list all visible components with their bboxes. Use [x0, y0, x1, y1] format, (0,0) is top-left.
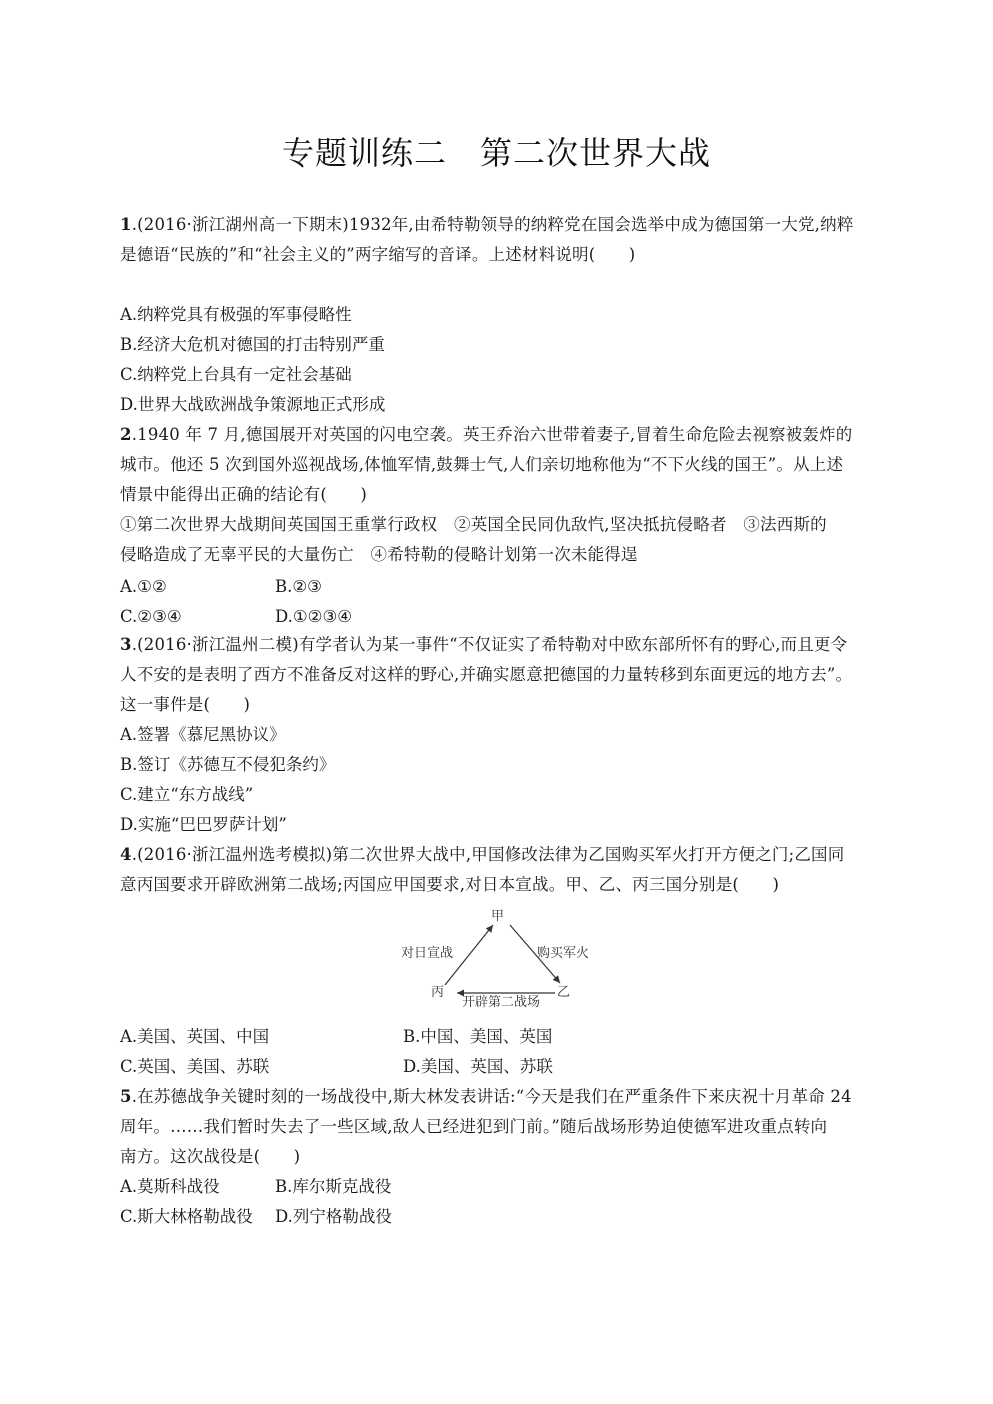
question-stem-line: 3.(2016·浙江温州二模)有学者认为某一事件“不仅证实了希特勒对中欧东部所怀… [120, 635, 880, 655]
option-c[interactable]: C.建立“东方战线” [120, 785, 253, 805]
question-stem-line: 城市。他还 5 次到国外巡视战场,体恤军情,鼓舞士气,人们亲切地称他为“不下火线… [120, 455, 880, 475]
option-a[interactable]: A.纳粹党具有极强的军事侵略性 [120, 305, 352, 325]
statement-line: ①第二次世界大战期间英国国王重掌行政权 ②英国全民同仇敌忾,坚决抵抗侵略者 ③法… [120, 515, 880, 535]
option-d[interactable]: D.美国、英国、苏联 [403, 1057, 553, 1077]
question-stem-line: 1.(2016·浙江湖州高一下期末)1932年,由希特勒领导的纳粹党在国会选举中… [120, 215, 880, 235]
question-stem-line: 是德语“民族的”和“社会主义的”两字缩写的音译。上述材料说明( ) [120, 245, 880, 265]
option-b[interactable]: B.签订《苏德互不侵犯条约》 [120, 755, 335, 775]
edge-label-second-front: 开辟第二战场 [462, 996, 540, 1010]
option-d[interactable]: D.列宁格勒战役 [275, 1207, 392, 1227]
edge-label-buy-arms: 购买军火 [537, 947, 589, 961]
stem-text: .(2016·浙江温州二模)有学者认为某一事件“不仅证实了希特勒对中欧东部所怀有… [132, 635, 848, 654]
question-stem-line: 南方。这次战役是( ) [120, 1147, 880, 1167]
page-title: 专题训练二 第二次世界大战 [0, 128, 993, 174]
node-yi: 乙 [557, 986, 570, 1000]
question-stem-line: 2.1940 年 7 月,德国展开对英国的闪电空袭。英王乔治六世带着妻子,冒着生… [120, 425, 880, 445]
option-c[interactable]: C.纳粹党上台具有一定社会基础 [120, 365, 352, 385]
statement-line: 侵略造成了无辜平民的大量伤亡 ④希特勒的侵略计划第一次未能得逞 [120, 545, 880, 565]
option-b[interactable]: B.库尔斯克战役 [275, 1177, 391, 1197]
option-c[interactable]: C.斯大林格勒战役 [120, 1207, 253, 1227]
option-c[interactable]: C.②③④ [120, 607, 182, 627]
option-a[interactable]: A.莫斯科战役 [120, 1177, 220, 1197]
question-stem-line: 人不安的是表明了西方不准备反对这样的野心,并确实愿意把德国的力量转移到东面更远的… [120, 665, 880, 685]
question-stem-line: 这一事件是( ) [120, 695, 880, 715]
question-number: 1 [120, 215, 132, 234]
option-d[interactable]: D.实施“巴巴罗萨计划” [120, 815, 287, 835]
edge-label-declare-war: 对日宣战 [401, 947, 453, 961]
stem-text: .(2016·浙江湖州高一下期末)1932年,由希特勒领导的纳粹党在国会选举中成… [132, 215, 854, 234]
question-number: 4 [120, 845, 132, 864]
question-number: 2 [120, 425, 132, 444]
stem-text: .1940 年 7 月,德国展开对英国的闪电空袭。英王乔治六世带着妻子,冒着生命… [132, 425, 853, 444]
question-stem-line: 4.(2016·浙江温州选考模拟)第二次世界大战中,甲国修改法律为乙国购买军火打… [120, 845, 880, 865]
question-stem-line: 情景中能得出正确的结论有( ) [120, 485, 880, 505]
question-number: 3 [120, 635, 132, 654]
option-b[interactable]: B.经济大危机对德国的打击特别严重 [120, 335, 385, 355]
relationship-diagram: 甲 乙 丙 对日宣战 购买军火 开辟第二战场 [385, 905, 610, 1010]
node-bing: 丙 [431, 986, 444, 1000]
question-stem-line: 周年。……我们暂时失去了一些区域,敌人已经进犯到门前。”随后战场形势迫使德军进攻… [120, 1117, 880, 1137]
option-a[interactable]: A.签署《慕尼黑协议》 [120, 725, 286, 745]
option-b[interactable]: B.②③ [275, 577, 322, 597]
option-a[interactable]: A.①② [120, 577, 167, 597]
option-d[interactable]: D.①②③④ [275, 607, 352, 627]
question-stem-line: 5.在苏德战争关键时刻的一场战役中,斯大林发表讲话:“今天是我们在严重条件下来庆… [120, 1087, 880, 1107]
stem-text: .在苏德战争关键时刻的一场战役中,斯大林发表讲话:“今天是我们在严重条件下来庆祝… [132, 1087, 852, 1106]
option-d[interactable]: D.世界大战欧洲战争策源地正式形成 [120, 395, 385, 415]
option-c[interactable]: C.英国、美国、苏联 [120, 1057, 269, 1077]
option-a[interactable]: A.美国、英国、中国 [120, 1027, 269, 1047]
stem-text: .(2016·浙江温州选考模拟)第二次世界大战中,甲国修改法律为乙国购买军火打开… [132, 845, 845, 864]
question-stem-line: 意丙国要求开辟欧洲第二战场;丙国应甲国要求,对日本宣战。甲、乙、丙三国分别是( … [120, 875, 880, 895]
option-b[interactable]: B.中国、美国、英国 [403, 1027, 552, 1047]
question-number: 5 [120, 1087, 132, 1106]
node-jia: 甲 [491, 910, 504, 924]
